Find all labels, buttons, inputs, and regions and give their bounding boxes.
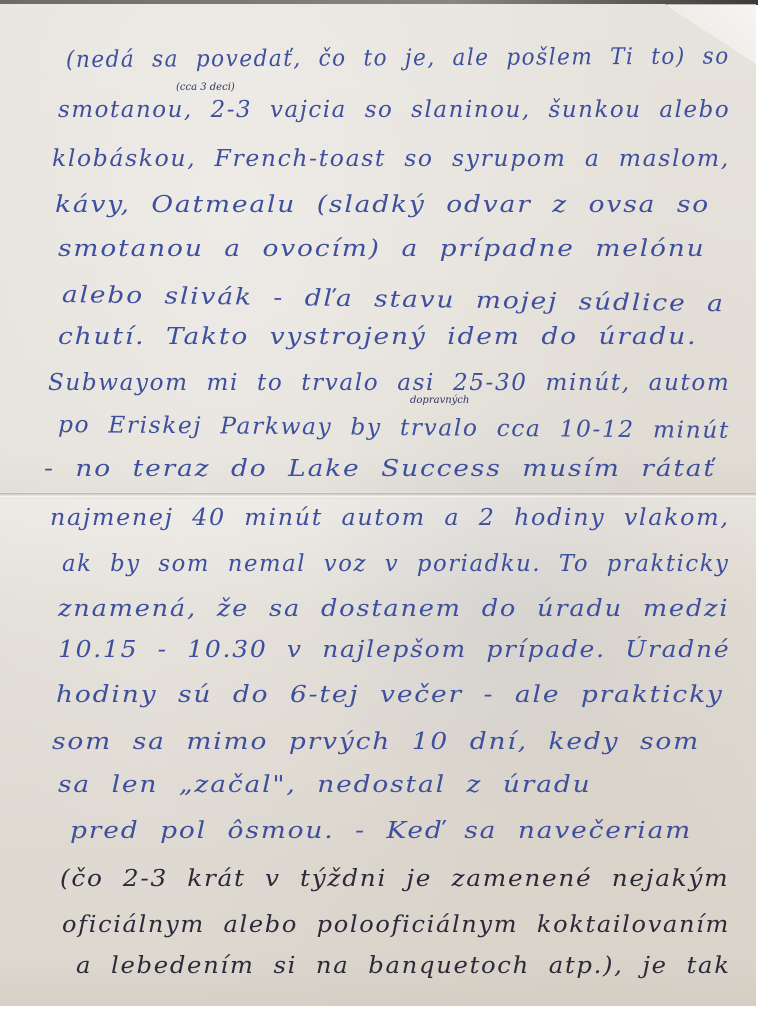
text-line-15: hodiny sú do 6-tej večer - ale prakticky [56,682,724,708]
text-line-3: klobáskou, French-toast so syrupom a mas… [52,146,730,172]
text-line-10: - no teraz do Lake Success musím rátať [44,456,716,482]
text-line-7: chutí. Takto vystrojený idem do úradu. [58,324,697,350]
text-line-11: najmenej 40 minút autom a 2 hodiny vlako… [50,505,730,531]
text-line-20: oficiálnym alebo polooficiálnym koktailo… [62,912,730,938]
text-line-8: Subwayom mi to trvalo asi 25-30 minút, a… [48,370,730,396]
text-line-21: a lebedením si na banquetoch atp.), je t… [76,953,731,979]
annotation-cca-3-deci: (cca 3 deci) [176,82,235,93]
text-line-13: znamená, že sa dostanem do úradu medzi [58,596,729,622]
text-line-17: sa len „začal", nedostal z úradu [58,772,592,798]
text-line-14: 10.15 - 10.30 v najlepšom prípade. Úradn… [58,637,730,663]
text-line-12: ak by som nemal voz v poriadku. To prakt… [62,551,729,577]
paper-fold-line [0,493,756,499]
annotation-dopravnych: dopravných [410,395,469,406]
text-line-16: som sa mimo prvých 10 dní, kedy som [52,729,700,755]
text-line-19: (čo 2-3 krát v týždni je zamenené nejaký… [60,866,729,892]
text-line-4: kávy, Oatmealu (sladký odvar z ovsa so [55,192,710,218]
text-line-5: smotanou a ovocím) a prípadne melónu [58,236,706,262]
text-line-2: smotanou, 2-3 vajcia so slaninou, šunkou… [58,97,730,123]
text-line-1: (nedá sa povedať, čo to je, ale pošlem T… [66,44,730,73]
text-line-18: pred pol ôsmou. - Keď sa navečeriam [70,818,692,844]
